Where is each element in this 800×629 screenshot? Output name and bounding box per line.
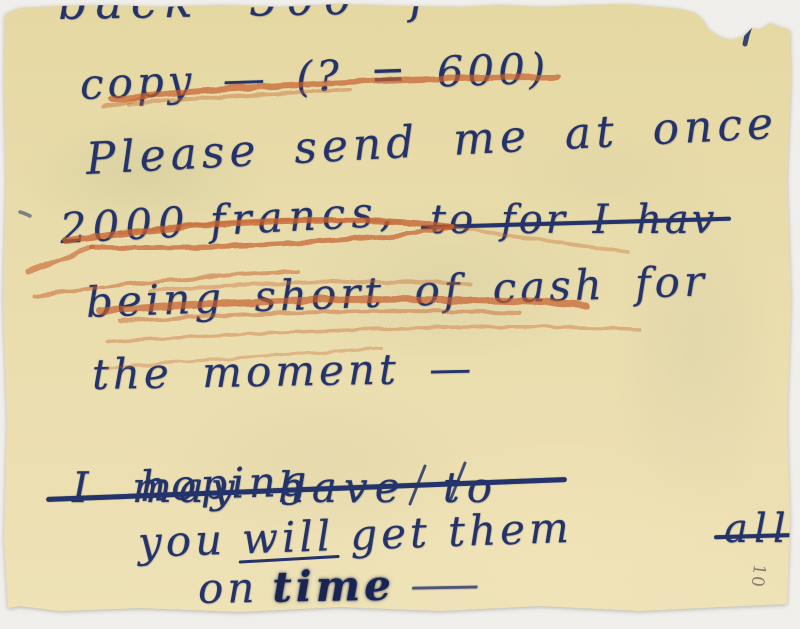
handwritten-line-you-will-get-them: youwillget them xyxy=(137,503,573,567)
handwritten-line-copy: copy — (? = 600) xyxy=(79,44,550,109)
word-will-underlined: will xyxy=(241,511,335,563)
trailing-dash: — xyxy=(408,559,487,609)
handwritten-line-hoping: hoping xyxy=(139,456,311,511)
word-time-overwritten: time xyxy=(272,561,395,612)
handwritten-line-please-send: Please send me at once xyxy=(85,98,780,185)
crayon-short-of-lower xyxy=(108,327,640,342)
word-get-them: get them xyxy=(349,503,573,560)
word-on: on xyxy=(198,563,259,613)
ink-smudge-left-edge xyxy=(20,212,30,216)
word-you: you xyxy=(137,515,227,567)
page-number-pencil: 10 xyxy=(746,563,769,589)
handwritten-struck-to-for-i-hav: to for I hav xyxy=(430,197,717,243)
handwritten-line-being-short: being short of cash for xyxy=(85,256,709,327)
paper-shadow: back 500 f copy — (? = 600) Please send … xyxy=(0,0,800,629)
torn-paper-sheet: back 500 f copy — (? = 600) Please send … xyxy=(0,0,800,629)
handwritten-line-the-moment: the moment — xyxy=(92,343,476,399)
handwritten-line-on-time: ontime— xyxy=(198,560,456,613)
scanned-note-page: back 500 f copy — (? = 600) Please send … xyxy=(0,0,800,629)
handwritten-line-top-cropped: back 500 f xyxy=(58,0,435,30)
handwritten-line-2000-francs: 2000 francs, xyxy=(59,186,399,253)
handwritten-struck-all-this-they: all this they xyxy=(724,506,800,552)
pen-slash-top-right xyxy=(745,12,757,44)
